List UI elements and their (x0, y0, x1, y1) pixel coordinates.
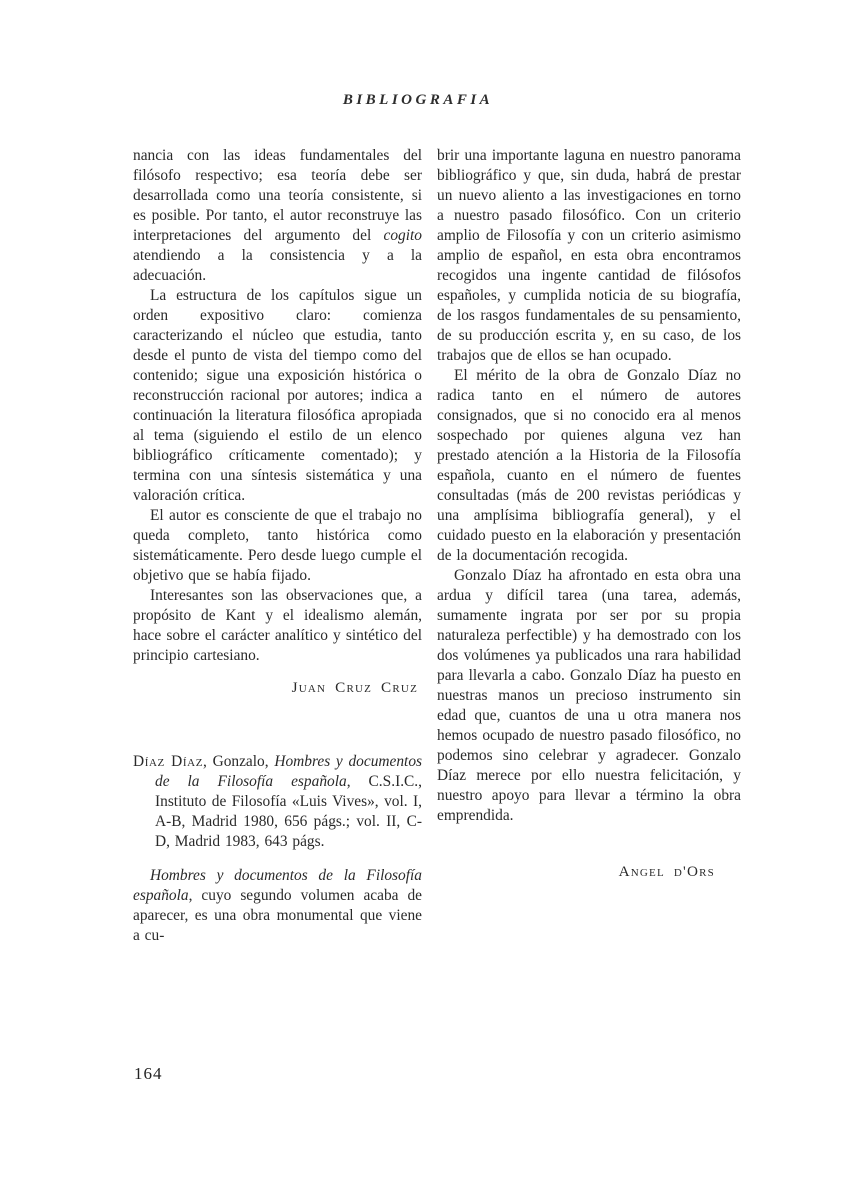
left-column: nancia con las ideas fundamentales del f… (133, 146, 422, 946)
entry-author-surname: Díaz Díaz (133, 753, 203, 770)
paragraph: El autor es consciente de que el trabajo… (133, 506, 422, 586)
reviewer-signature: Juan Cruz Cruz (133, 678, 422, 698)
right-column: brir una importante laguna en nuestro pa… (437, 146, 741, 946)
paragraph: La estructura de los capítulos sigue un … (133, 286, 422, 506)
two-column-text: nancia con las ideas fundamentales del f… (133, 146, 741, 946)
paragraph: Hombres y documentos de la Filosofía esp… (133, 866, 422, 946)
section-header: BIBLIOGRAFIA (0, 92, 836, 109)
page-number: 164 (134, 1064, 163, 1084)
reviewer-signature: Angel d'Ors (437, 862, 741, 882)
paragraph-text: atendiendo a la consistencia y a la adec… (133, 247, 422, 284)
paragraph: Gonzalo Díaz ha afrontado en esta obra u… (437, 566, 741, 826)
scanned-journal-page: BIBLIOGRAFIA nancia con las ideas fundam… (0, 0, 850, 1200)
paragraph-text: nancia con las ideas fundamentales del f… (133, 147, 422, 244)
paragraph-continuation: nancia con las ideas fundamentales del f… (133, 146, 422, 286)
italic-term: cogito (384, 227, 422, 244)
paragraph-continuation: brir una importante laguna en nuestro pa… (437, 146, 741, 366)
bibliography-entry: Díaz Díaz, Gonzalo, Hombres y documentos… (133, 752, 422, 852)
paragraph: El mérito de la obra de Gonzalo Díaz no … (437, 366, 741, 566)
paragraph: Interesantes son las observaciones que, … (133, 586, 422, 666)
entry-author-given: , Gonzalo, (203, 753, 274, 770)
